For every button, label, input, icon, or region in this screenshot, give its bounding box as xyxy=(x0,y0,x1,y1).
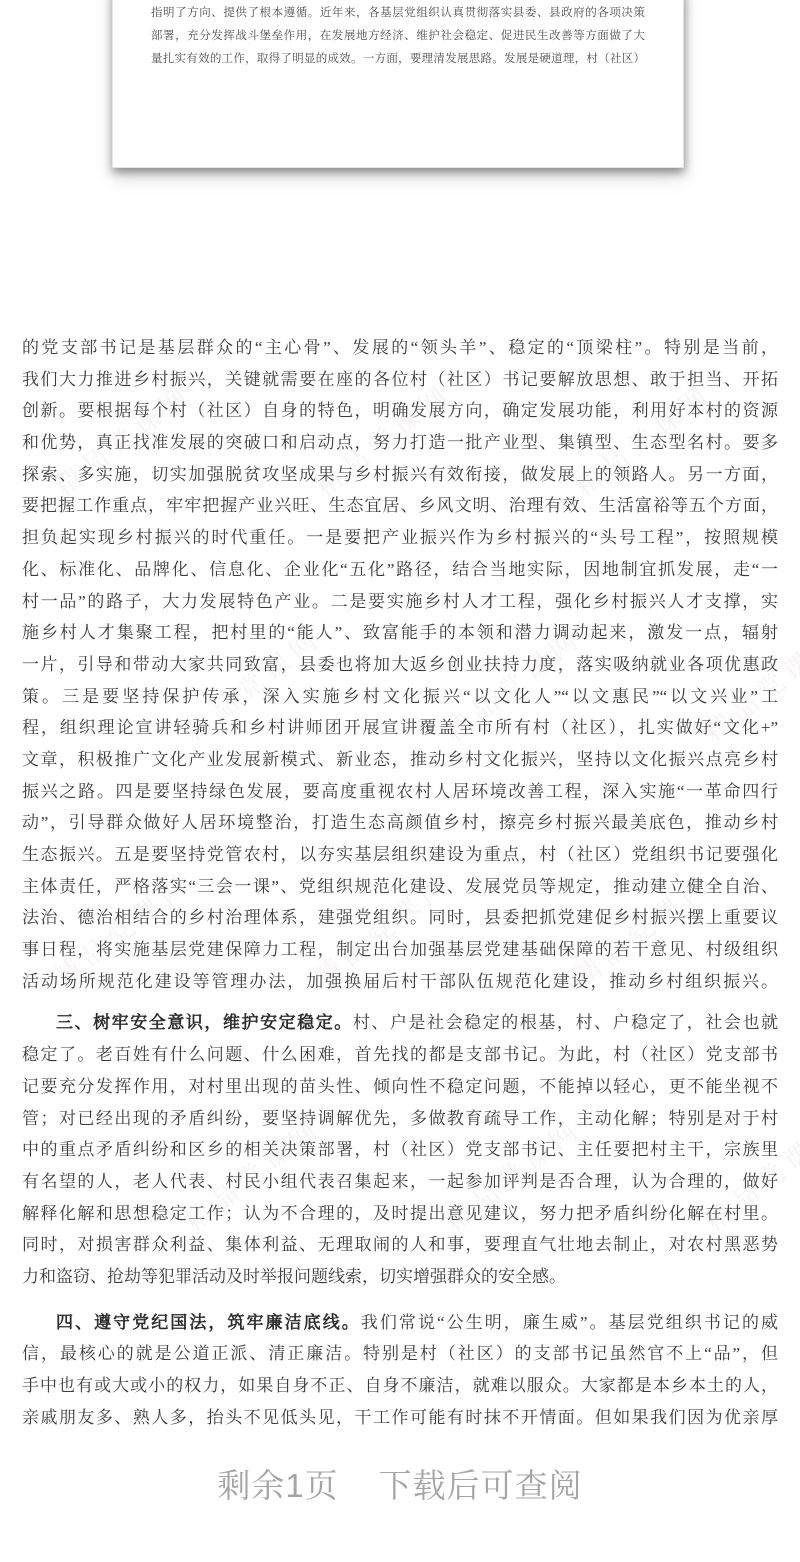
text-line: 信，最核心的就是公道正派、清正廉洁。特别是村（社区）的支部书记虽然官不上“品”，… xyxy=(22,1338,778,1370)
download-hint-label: 下载后可查阅 xyxy=(379,1460,583,1507)
text-line: 生态振兴。五是要坚持党管农村，以夯实基层组织建设为重点，村（社区）党组织书记要强… xyxy=(22,839,778,871)
paragraph: 三、树牢安全意识，维护安定稳定。村、户是社会稳定的根基，村、户稳定了，社会也就稳… xyxy=(22,1007,778,1292)
text-line: 的党支部书记是基层群众的“主心骨”、发展的“领头羊”、稳定的“顶梁柱”。特别是当… xyxy=(22,332,778,364)
text-line: 文章，积极推广文化产业发展新模式、新业态，推动乡村文化振兴，坚持以文化振兴点亮乡… xyxy=(22,744,778,776)
text-line: 我们大力推进乡村振兴，关键就需要在座的各位村（社区）书记要解放思想、敢于担当、开… xyxy=(22,364,778,396)
preview-text-line: 部署，充分发挥战斗堡垒作用，在发展地方经济、维护社会稳定、促进民生改善等方面做了… xyxy=(151,25,645,48)
text-line: 记要充分发挥作用，对村里出现的苗头性、倾向性不稳定问题，不能掉以轻心，更不能坐视… xyxy=(22,1071,778,1103)
text-line: 力和盗窃、抢劫等犯罪活动及时举报问题线索，切实增强群众的安全感。 xyxy=(22,1261,778,1293)
text-line: 有名望的人，老人代表、村民小组代表召集起来，一起参加评判是否合理，认为合理的，做… xyxy=(22,1166,778,1198)
text-line: 亲戚朋友多、熟人多，抬头不见低头见，干工作可能有时抹不开情面。但如果我们因为优亲… xyxy=(22,1402,778,1434)
preview-page-text: 指明了方向、提供了根本遵循。近年来，各基层党组织认真贯彻落实县委、县政府的各项决… xyxy=(113,0,683,72)
text-line: 要把握工作重点，牢牢把握产业兴旺、生态宜居、乡风文明、治理有效、生活富裕等五个方… xyxy=(22,490,778,522)
document-body: 的党支部书记是基层群众的“主心骨”、发展的“领头羊”、稳定的“顶梁柱”。特别是当… xyxy=(22,332,778,1433)
text-line: 法治、德治相结合的乡村治理体系，建强党组织。同时，县委把抓党建促乡村振兴摆上重要… xyxy=(22,902,778,934)
preview-text-line: 指明了方向、提供了根本遵循。近年来，各基层党组织认真贯彻落实县委、县政府的各项决… xyxy=(151,2,645,25)
text-line: 主体责任，严格落实“三会一课”、党组织规范化建设、发展党员等规定，推动建立健全自… xyxy=(22,871,778,903)
text-line: 策。三是要坚持保护传承，深入实施乡村文化振兴“以文化人”“以文惠民”“以文兴业”… xyxy=(22,681,778,713)
remaining-pages-notice[interactable]: 剩余1页 下载后可查阅 xyxy=(0,1460,800,1507)
text-line: 活动场所规范化建设等管理办法，加强换届后村干部队伍规范化建设，推动乡村组织振兴。 xyxy=(22,966,778,998)
text-line: 四、遵守党纪国法，筑牢廉洁底线。我们常说“公生明，廉生威”。基层党组织书记的威 xyxy=(22,1307,778,1339)
text-line: 解释化解和思想稳定工作；认为不合理的，及时提出意见建议，努力把矛盾纠纷化解在村里… xyxy=(22,1198,778,1230)
text-line: 村一品”的路子，大力发展特色产业。二是要实施乡村人才工程，强化乡村振兴人才支撑，… xyxy=(22,586,778,618)
paragraph: 的党支部书记是基层群众的“主心骨”、发展的“领头羊”、稳定的“顶梁柱”。特别是当… xyxy=(22,332,778,997)
text-line: 中的重点矛盾纠纷和区乡的相关决策部署，村（社区）党支部书记、主任要把村主干，宗族… xyxy=(22,1134,778,1166)
text-line: 事日程，将实施基层党建保障力工程，制定出台加强基层党建基础保障的若干意见、村级组… xyxy=(22,934,778,966)
document-preview-page: 指明了方向、提供了根本遵循。近年来，各基层党组织认真贯彻落实县委、县政府的各项决… xyxy=(0,0,800,1562)
text-line: 一片，引导和带动大家共同致富，县委也将加大返乡创业扶持力度，落实吸纳就业各项优惠… xyxy=(22,649,778,681)
text-line: 担负起实现乡村振兴的时代重任。一是要把产业振兴作为乡村振兴的“头号工程”，按照规… xyxy=(22,522,778,554)
text-line: 同时，对损害群众利益、集体利益、无理取闹的人和事，要理直气壮地去制止，对农村黑恶… xyxy=(22,1229,778,1261)
text-line: 管；对已经出现的矛盾纠纷，要坚持调解优先，多做教育疏导工作，主动化解；特别是对于… xyxy=(22,1103,778,1135)
text-line: 创新。要根据每个村（社区）自身的特色，明确发展方向，确定发展功能，利用好本村的资… xyxy=(22,395,778,427)
text-line: 振兴之路。四是要坚持绿色发展，要高度重视农村人居环境改善工程，深入实施“一革命四… xyxy=(22,776,778,808)
paragraph-heading: 四、遵守党纪国法，筑牢廉洁底线。 xyxy=(56,1313,361,1332)
text-line: 三、树牢安全意识，维护安定稳定。村、户是社会稳定的根基，村、户稳定了，社会也就 xyxy=(22,1007,778,1039)
text-line: 探索、多实施，切实加强脱贫攻坚成果与乡村振兴有效衔接，做发展上的领路人。另一方面… xyxy=(22,459,778,491)
text-line: 化、标准化、品牌化、信息化、企业化“五化”路径，结合当地实际，因地制宜抓发展，走… xyxy=(22,554,778,586)
text-line: 手中也有或大或小的权力，如果自身不正、自身不廉洁，就难以服众。大家都是本乡本土的… xyxy=(22,1370,778,1402)
paragraph-heading: 三、树牢安全意识，维护安定稳定。 xyxy=(56,1013,353,1032)
text-line: 稳定了。老百姓有什么问题、什么困难，首先找的都是支部书记。为此，村（社区）党支部… xyxy=(22,1039,778,1071)
text-line: 程，组织理论宣讲轻骑兵和乡村讲师团开展宣讲覆盖全市所有村（社区），扎实做好“文化… xyxy=(22,712,778,744)
previous-page-preview: 指明了方向、提供了根本遵循。近年来，各基层党组织认真贯彻落实县委、县政府的各项决… xyxy=(112,0,684,168)
remaining-count-label: 剩余1页 xyxy=(217,1460,338,1507)
paragraph: 四、遵守党纪国法，筑牢廉洁底线。我们常说“公生明，廉生威”。基层党组织书记的威信… xyxy=(22,1307,778,1434)
text-line: 动”，引导群众做好人居环境整治，打造生态高颜值乡村，擦亮乡村振兴最美底色，推动乡… xyxy=(22,807,778,839)
preview-text-line: 量扎实有效的工作，取得了明显的成效。一方面，要理清发展思路。发展是硬道理，村（社… xyxy=(151,48,645,71)
text-line: 施乡村人才集聚工程，把村里的“能人”、致富能手的本领和潜力调动起来，激发一点，辐… xyxy=(22,617,778,649)
text-line: 和优势，真正找准发展的突破口和启动点，努力打造一批产业型、集镇型、生态型名村。要… xyxy=(22,427,778,459)
